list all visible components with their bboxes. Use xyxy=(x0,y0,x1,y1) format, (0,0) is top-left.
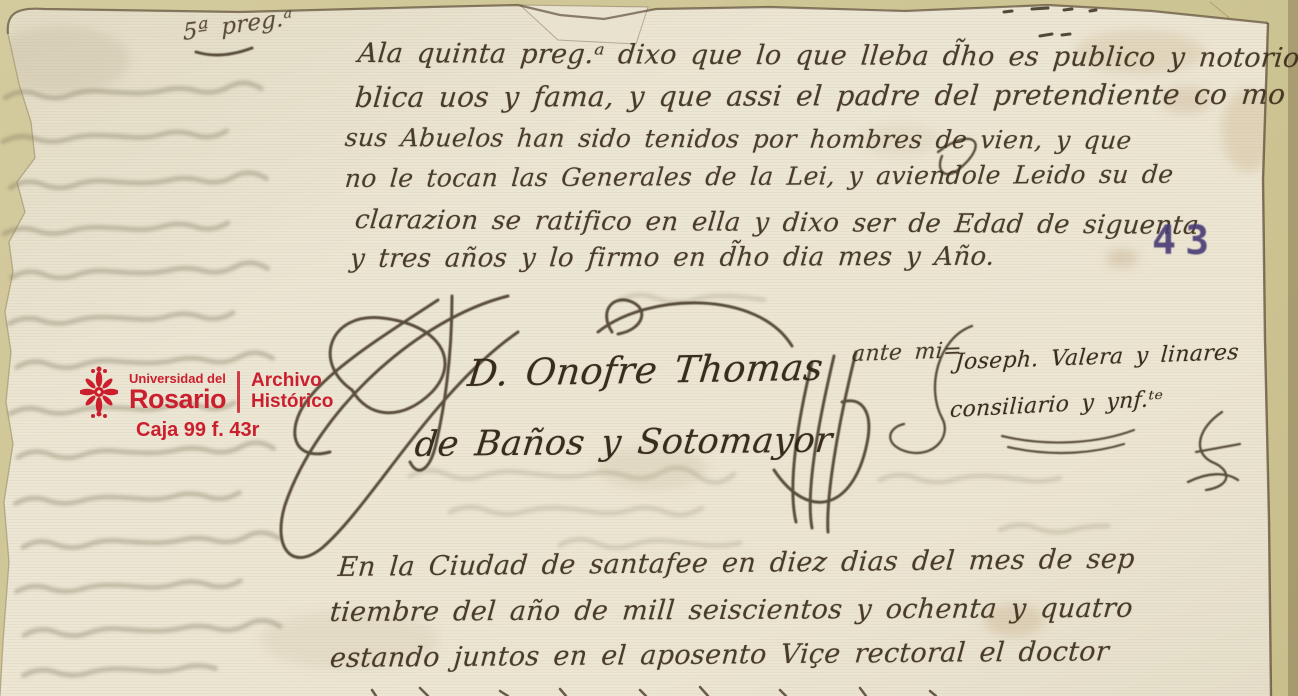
university-name: Universidad del Rosario xyxy=(129,372,226,413)
rosario-crest-icon xyxy=(80,364,118,420)
brand-divider xyxy=(237,371,240,413)
manuscript-line-1: Ala quinta preg.ᵃ dixo que lo que lleba … xyxy=(357,38,1298,74)
archive-name: Archivo Histórico xyxy=(251,371,333,412)
archive-watermark: Universidad del Rosario Archivo Históric… xyxy=(80,364,333,420)
archive-name-line-2: Histórico xyxy=(251,392,333,413)
manuscript-line-4: no le tocan las Generales de la Lei, y a… xyxy=(344,160,1175,193)
manuscript-line-2: blica uos y fama, y que assi el padre de… xyxy=(354,78,1287,114)
manuscript-scan: 5ª preg.ᵃ Ala quinta preg.ᵃ dixo que lo … xyxy=(0,0,1298,696)
ante-mi-note: ante mi= xyxy=(851,338,963,367)
manuscript-line-8: tiembre del año de mill seiscientos y oc… xyxy=(329,593,1134,628)
signature-onofre-line-2: de Baños y Sotomayor xyxy=(413,421,835,465)
folio-stamp: 43 xyxy=(1152,218,1218,264)
manuscript-line-6: y tres años y lo firmo en d̃ho dia mes y… xyxy=(349,242,996,274)
manuscript-line-3: sus Abuelos han sido tenidos por hombres… xyxy=(344,123,1133,155)
manuscript-line-5: clarazion se ratifico en ella y dixo ser… xyxy=(354,205,1201,241)
archive-name-line-1: Archivo xyxy=(251,371,333,392)
university-name-big: Rosario xyxy=(129,387,226,413)
folio-caption: Caja 99 f. 43r xyxy=(136,419,259,442)
signature-onofre-line-1: D. Onofre Thomas xyxy=(466,346,826,395)
